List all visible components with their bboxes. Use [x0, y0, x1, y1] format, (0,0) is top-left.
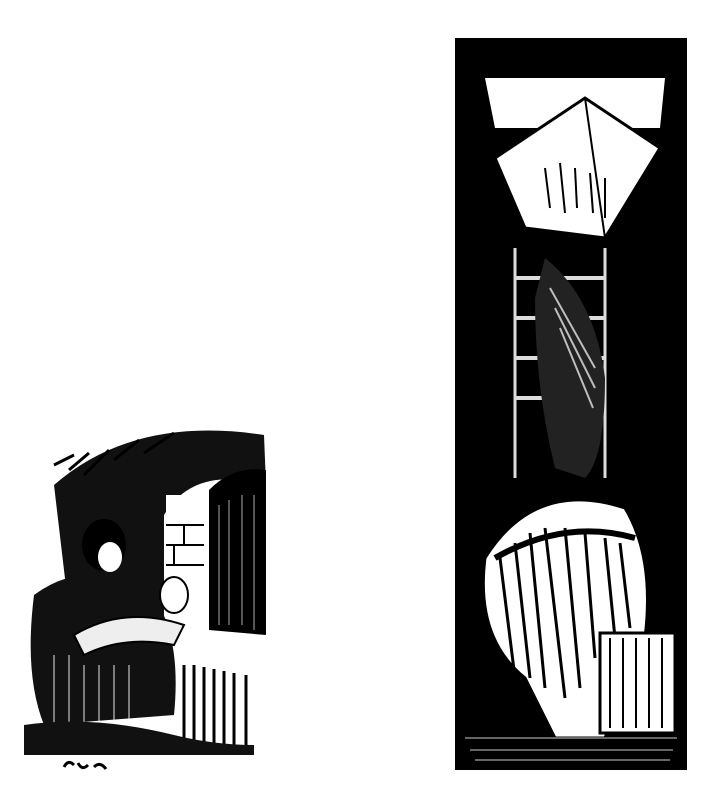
illustration-men-with-crate — [455, 38, 687, 770]
artist-signature — [60, 757, 120, 779]
illustration-children-under-arch — [14, 425, 276, 765]
